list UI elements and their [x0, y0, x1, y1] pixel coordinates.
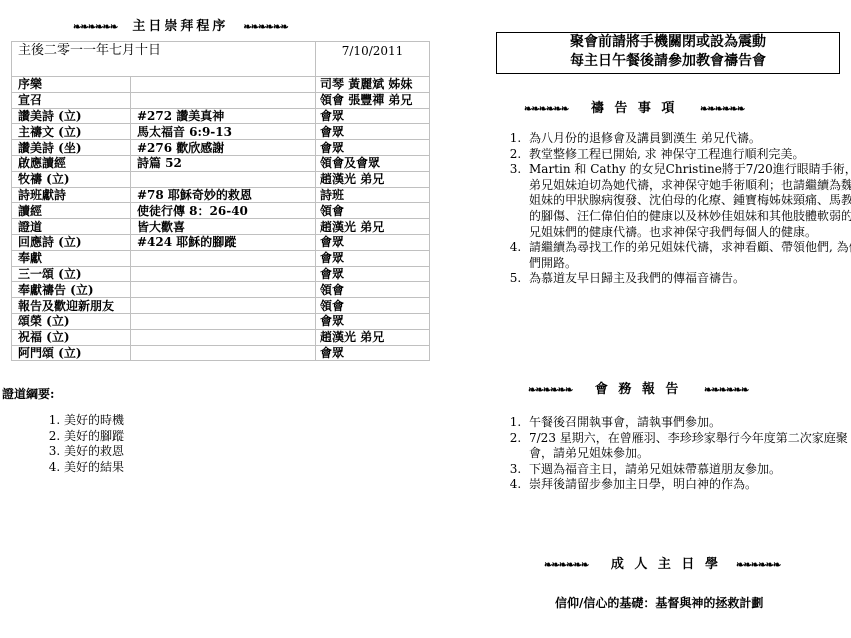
cell-item: 牧禱 (立) [12, 171, 131, 187]
table-row: 讚美詩 (立)#272 讚美真神會眾 [12, 108, 430, 124]
list-item: 下週為福音主日，請弟兄姐妹帶慕道朋友參加。 [525, 462, 851, 478]
cell-item: 阿門頌 (立) [12, 345, 131, 361]
program-table: 主後二零一一年七月十日 7/10/2011 序樂司琴 黃麗斌 姊妹宣召領會 張豐… [11, 41, 430, 361]
cell-content: 使徒行傳 8：26-40 [131, 203, 316, 219]
cell-content [131, 171, 316, 187]
cell-item: 奉獻禱告 (立) [12, 282, 131, 298]
sunday-school-title-line: ❧❧❧❧❧❧ 成 人 主 日 學 ❧❧❧❧❧❧ [544, 553, 780, 572]
table-row: 回應詩 (立)#424 耶穌的腳蹤會眾 [12, 234, 430, 250]
cell-item: 詩班獻詩 [12, 187, 131, 203]
cell-item: 讚美詩 (立) [12, 108, 131, 124]
cell-item: 主禱文 (立) [12, 124, 131, 140]
table-row: 三一頌 (立)會眾 [12, 266, 430, 282]
business-list: 午餐後召開執事會，請執事們參加。7/23 星期六，在曾雁羽、李珍珍家舉行今年度第… [499, 415, 851, 493]
cell-content [131, 345, 316, 361]
list-item: Martin 和 Cathy 的女兒Christine將于7/20進行眼睛手術，… [525, 162, 851, 240]
cell-content [131, 250, 316, 266]
cell-person: 司琴 黃麗斌 姊妹 [316, 77, 430, 93]
table-row: 祝福 (立)趙漢光 弟兄 [12, 329, 430, 345]
cell-item: 宣召 [12, 92, 131, 108]
cell-person: 會眾 [316, 124, 430, 140]
cell-item: 啟應讀經 [12, 155, 131, 171]
cell-content [131, 266, 316, 282]
table-row: 啟應讀經詩篇 52領會及會眾 [12, 155, 430, 171]
prayer-title: 禱 告 事 項 [591, 101, 678, 116]
cell-content: #424 耶穌的腳蹤 [131, 234, 316, 250]
ornament-icon: ❧❧❧❧❧❧ [704, 385, 748, 396]
cell-item: 序樂 [12, 77, 131, 93]
cell-content: #78 耶穌奇妙的救恩 [131, 187, 316, 203]
sermon-outline-list: 美好的時機美好的腳蹤美好的救恩美好的結果 [40, 413, 124, 475]
cell-item: 回應詩 (立) [12, 234, 131, 250]
list-item: 崇拜後請留步參加主日學，明白神的作為。 [525, 477, 851, 493]
table-header-row: 主後二零一一年七月十日 7/10/2011 [12, 42, 430, 77]
business-title: 會 務 報 告 [595, 382, 682, 397]
notice-line: 聚會前請將手機關閉或設為震動 [497, 33, 839, 52]
table-row: 奉獻會眾 [12, 250, 430, 266]
cell-item: 讚美詩 (坐) [12, 140, 131, 156]
ornament-icon: ❧❧❧❧❧❧ [73, 22, 117, 33]
prayer-list: 為八月份的退修會及講員劉漢生 弟兄代禱。教堂整修工程已開始, 求 神保守工程進行… [499, 131, 851, 287]
list-item: 7/23 星期六，在曾雁羽、李珍珍家舉行今年度第二次家庭聚會，請弟兄姐妹參加。 [525, 431, 851, 462]
cell-item: 報告及歡迎新朋友 [12, 298, 131, 314]
table-row: 證道皆大歡喜趙漢光 弟兄 [12, 219, 430, 235]
cell-content: 詩篇 52 [131, 155, 316, 171]
cell-person: 領會 [316, 282, 430, 298]
notice-box: 聚會前請將手機關閉或設為震動 每主日午餐後請參加教會禱告會 [496, 32, 840, 74]
list-item: 美好的時機 [64, 413, 124, 429]
ornament-icon: ❧❧❧❧❧❧ [528, 385, 572, 396]
cell-person: 趙漢光 弟兄 [316, 219, 430, 235]
cell-person: 領會 [316, 203, 430, 219]
cell-item: 祝福 (立) [12, 329, 131, 345]
list-item: 美好的腳蹤 [64, 429, 124, 445]
table-row: 奉獻禱告 (立)領會 [12, 282, 430, 298]
cell-person: 領會 張豐禪 弟兄 [316, 92, 430, 108]
cell-item: 三一頌 (立) [12, 266, 131, 282]
date-chinese: 主後二零一一年七月十日 [12, 42, 316, 77]
ornament-icon: ❧❧❧❧❧❧ [524, 104, 568, 115]
cell-person: 詩班 [316, 187, 430, 203]
business-title-line: ❧❧❧❧❧❧ 會 務 報 告 ❧❧❧❧❧❧ [528, 378, 748, 397]
cell-person: 會眾 [316, 140, 430, 156]
prayer-title-line: ❧❧❧❧❧❧ 禱 告 事 項 ❧❧❧❧❧❧ [524, 97, 744, 116]
cell-item: 頌榮 (立) [12, 313, 131, 329]
table-row: 讚美詩 (坐)#276 歡欣感謝會眾 [12, 140, 430, 156]
cell-content: #276 歡欣感謝 [131, 140, 316, 156]
cell-content: 馬太福音 6:9-13 [131, 124, 316, 140]
cell-content [131, 77, 316, 93]
list-item: 午餐後召開執事會，請執事們參加。 [525, 415, 851, 431]
table-row: 讀經使徒行傳 8：26-40領會 [12, 203, 430, 219]
sunday-school-subtitle: 信仰/信心的基礎：基督與神的拯救計劃 [555, 594, 763, 611]
table-row: 詩班獻詩#78 耶穌奇妙的救恩詩班 [12, 187, 430, 203]
cell-person: 會眾 [316, 313, 430, 329]
cell-content [131, 92, 316, 108]
table-row: 阿門頌 (立)會眾 [12, 345, 430, 361]
cell-person: 會眾 [316, 234, 430, 250]
cell-item: 讀經 [12, 203, 131, 219]
ornament-icon: ❧❧❧❧❧❧ [700, 104, 744, 115]
ornament-icon: ❧❧❧❧❧❧ [736, 560, 780, 571]
cell-content [131, 313, 316, 329]
table-row: 牧禱 (立)趙漢光 弟兄 [12, 171, 430, 187]
list-item: 美好的救恩 [64, 444, 124, 460]
ornament-icon: ❧❧❧❧❧❧ [544, 560, 588, 571]
cell-content [131, 329, 316, 345]
table-row: 宣召領會 張豐禪 弟兄 [12, 92, 430, 108]
date: 7/10/2011 [316, 42, 430, 77]
list-item: 請繼續為尋找工作的弟兄姐妹代禱，求神看顧、帶領他們, 為他們開路。 [525, 240, 851, 271]
list-item: 為八月份的退修會及講員劉漢生 弟兄代禱。 [525, 131, 851, 147]
list-item: 為慕道友早日歸主及我們的傳福音禱告。 [525, 271, 851, 287]
cell-person: 會眾 [316, 266, 430, 282]
list-item: 教堂整修工程已開始, 求 神保守工程進行順利完美。 [525, 147, 851, 163]
cell-content: #272 讚美真神 [131, 108, 316, 124]
cell-item: 奉獻 [12, 250, 131, 266]
cell-content [131, 282, 316, 298]
cell-person: 會眾 [316, 250, 430, 266]
table-row: 頌榮 (立)會眾 [12, 313, 430, 329]
table-row: 報告及歡迎新朋友領會 [12, 298, 430, 314]
program-title-line: ❧❧❧❧❧❧ 主日崇拜程序 ❧❧❧❧❧❧ [73, 15, 288, 34]
cell-person: 趙漢光 弟兄 [316, 171, 430, 187]
cell-person: 領會及會眾 [316, 155, 430, 171]
cell-person: 領會 [316, 298, 430, 314]
sermon-outline-heading: 證道綱要: [2, 385, 54, 402]
program-title: 主日崇拜程序 [132, 19, 228, 34]
cell-content: 皆大歡喜 [131, 219, 316, 235]
table-row: 序樂司琴 黃麗斌 姊妹 [12, 77, 430, 93]
list-item: 美好的結果 [64, 460, 124, 476]
ornament-icon: ❧❧❧❧❧❧ [243, 22, 287, 33]
cell-person: 會眾 [316, 345, 430, 361]
cell-item: 證道 [12, 219, 131, 235]
table-row: 主禱文 (立)馬太福音 6:9-13會眾 [12, 124, 430, 140]
cell-person: 會眾 [316, 108, 430, 124]
cell-person: 趙漢光 弟兄 [316, 329, 430, 345]
cell-content [131, 298, 316, 314]
notice-line: 每主日午餐後請參加教會禱告會 [497, 52, 839, 71]
sunday-school-title: 成 人 主 日 學 [611, 557, 721, 572]
